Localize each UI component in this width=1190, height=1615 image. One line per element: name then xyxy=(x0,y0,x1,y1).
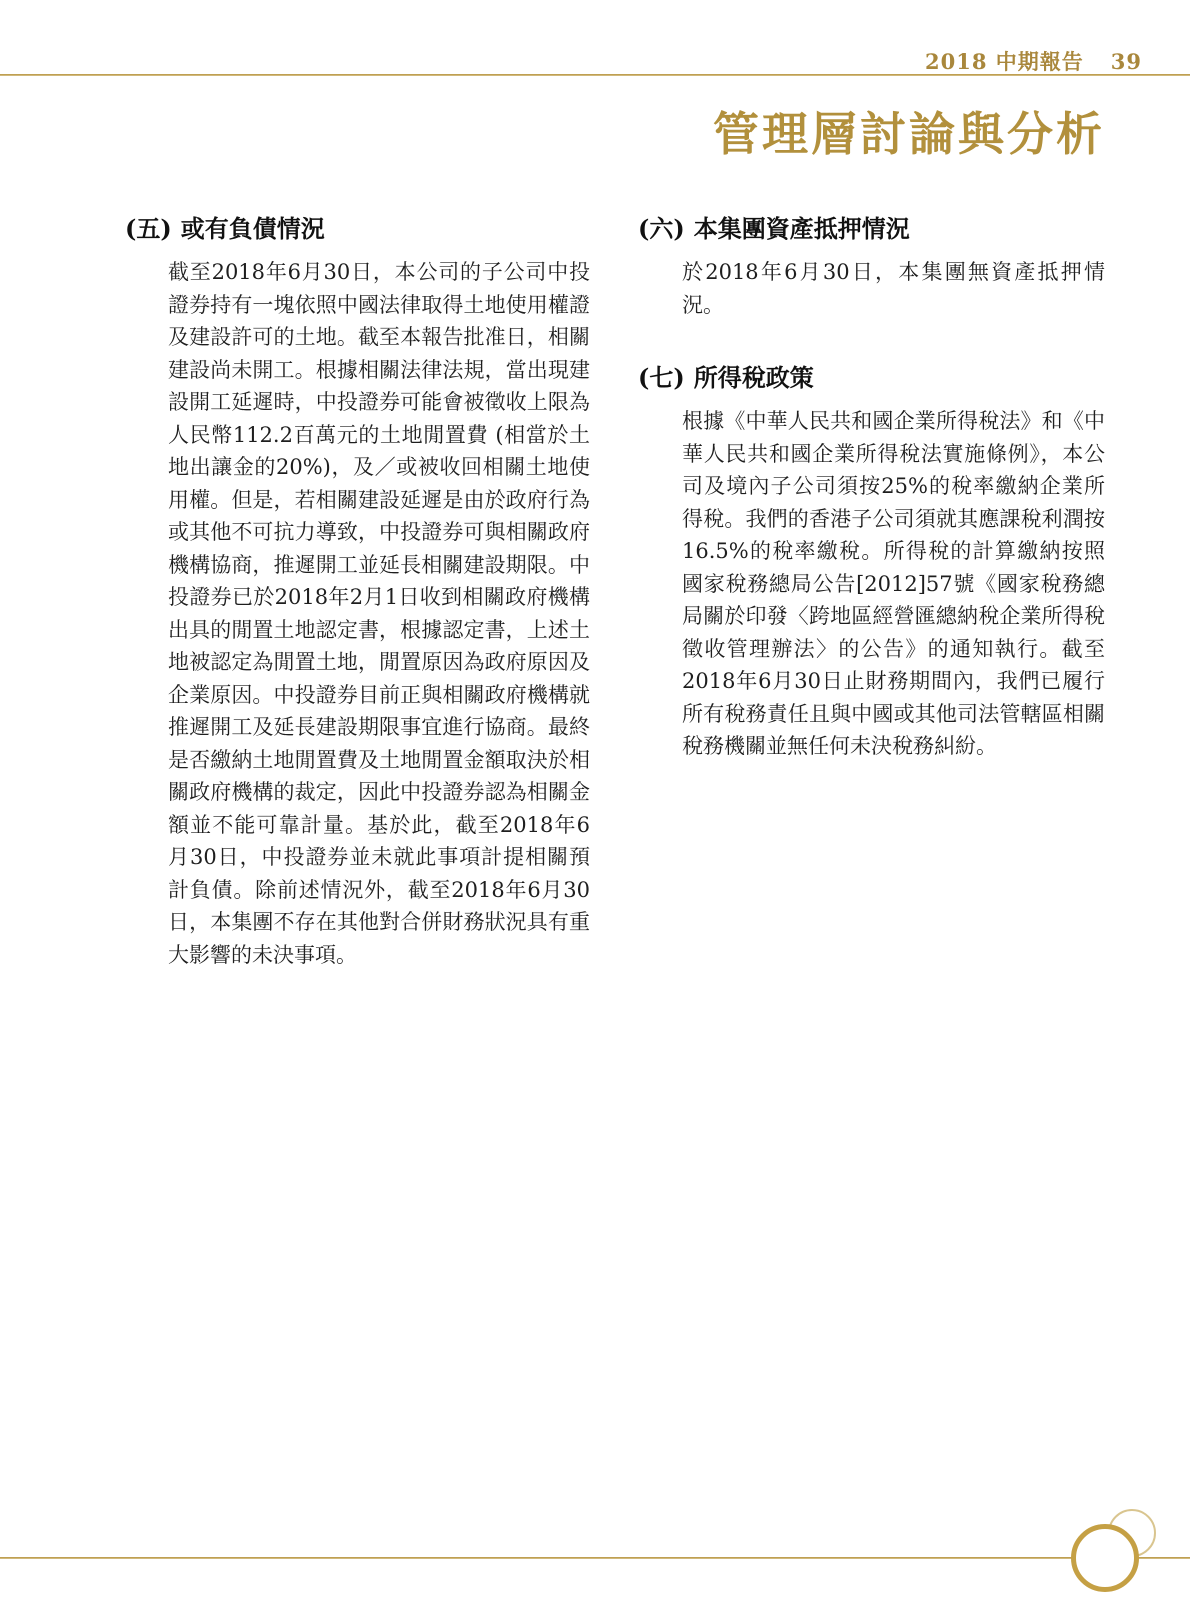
section6-title: 本集團資產抵押情況 xyxy=(694,212,910,246)
section7-number: (七) xyxy=(638,361,685,395)
section5-number: (五) xyxy=(125,212,172,246)
section7-title: 所得稅政策 xyxy=(694,361,814,395)
header-page-number: 39 xyxy=(1111,49,1142,74)
section6-paragraph: 於2018年6月30日，本集團無資產抵押情況。 xyxy=(682,256,1105,321)
right-column: (六) 本集團資產抵押情況 於2018年6月30日，本集團無資產抵押情況。 (七… xyxy=(638,212,1105,763)
section6-heading: (六) 本集團資產抵押情況 xyxy=(638,212,1105,246)
section5-heading: (五) 或有負債情況 xyxy=(125,212,590,246)
logo-circle-large-icon xyxy=(1071,1524,1139,1592)
section7-heading: (七) 所得稅政策 xyxy=(638,361,1105,395)
section6-number: (六) xyxy=(638,212,685,246)
section7-paragraph: 根據《中華人民共和國企業所得稅法》和《中華人民共和國企業所得稅法實施條例》，本公… xyxy=(682,405,1105,763)
section5-title: 或有負債情況 xyxy=(181,212,325,246)
bottom-rule xyxy=(0,1557,1190,1559)
section5-paragraph: 截至2018年6月30日，本公司的子公司中投證券持有一塊依照中國法律取得土地使用… xyxy=(168,256,590,971)
left-column: (五) 或有負債情況 截至2018年6月30日，本公司的子公司中投證券持有一塊依… xyxy=(125,212,590,971)
report-page: 2018 中期報告 39 管理層討論與分析 (五) 或有負債情況 截至2018年… xyxy=(0,0,1190,1615)
header-report-title: 2018 中期報告 xyxy=(925,46,1084,76)
page-title: 管理層討論與分析 xyxy=(713,98,1105,164)
top-rule xyxy=(0,74,1190,76)
page-header: 2018 中期報告 39 xyxy=(925,46,1142,76)
